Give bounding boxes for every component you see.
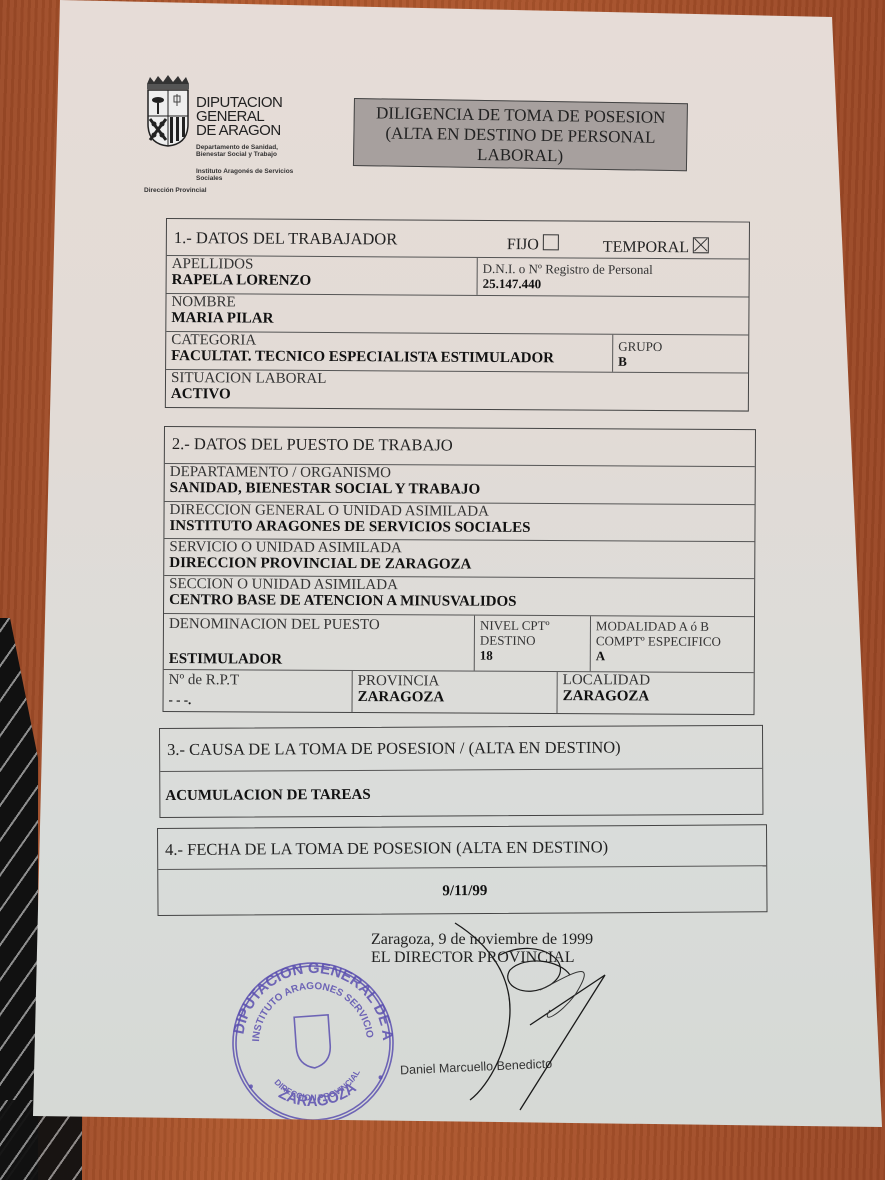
section-causa: 3.- CAUSA DE LA TOMA DE POSESION / (ALTA… [159, 725, 763, 818]
row-denominacion: DENOMINACION DEL PUESTO ESTIMULADOR NIVE… [164, 613, 754, 672]
coat-of-arms-icon [144, 74, 192, 148]
org-name: DIPUTACION GENERAL DE ARAGON [196, 96, 282, 138]
dni-label: D.N.I. o Nº Registro de Personal [478, 261, 749, 278]
localidad-cell: LOCALIDAD ZARAGOZA [557, 672, 754, 714]
institute-line: Instituto Aragonés de Servicios [196, 168, 293, 175]
temporal-checkbox[interactable] [693, 237, 709, 253]
denominacion-value: ESTIMULADOR [164, 651, 282, 668]
row-departamento: DEPARTAMENTO / ORGANISMO SANIDAD, BIENES… [165, 463, 755, 504]
nombre-value: MARIA PILAR [166, 310, 748, 330]
dni-value: 25.147.440 [478, 276, 749, 293]
localidad-value: ZARAGOZA [558, 688, 754, 705]
grupo-cell: GRUPO B [612, 335, 748, 373]
dni-cell: D.N.I. o Nº Registro de Personal 25.147.… [477, 258, 749, 297]
row-nombre: NOMBRE MARIA PILAR [166, 293, 748, 335]
document-page: DIPUTACION GENERAL DE ARAGON Departament… [0, 0, 885, 1180]
nivel-label-2: DESTINO [475, 633, 590, 649]
row-servicio: SERVICIO O UNIDAD ASIMILADA DIRECCION PR… [164, 538, 754, 578]
fijo-checkbox[interactable] [543, 234, 559, 250]
section-fecha: 4.- FECHA DE LA TOMA DE POSESION (ALTA E… [157, 824, 768, 916]
section-title: 3.- CAUSA DE LA TOMA DE POSESION / (ALTA… [160, 739, 621, 759]
rpt-cell: Nº de R.P.T - - -. [164, 670, 352, 712]
institute-name: Instituto Aragonés de Servicios Sociales [196, 168, 293, 182]
direccion-general-value: INSTITUTO ARAGONES DE SERVICIOS SOCIALES [164, 518, 754, 537]
fecha-value: 9/11/99 [437, 883, 487, 899]
row-apellidos: APELLIDOS RAPELA LORENZO D.N.I. o Nº Reg… [167, 255, 749, 297]
section-title: 4.- FECHA DE LA TOMA DE POSESION (ALTA E… [158, 838, 608, 859]
modalidad-label-2: COMPTº ESPECIFICO [591, 633, 754, 649]
denominacion-cell: DENOMINACION DEL PUESTO ESTIMULADOR [164, 614, 474, 671]
modalidad-label: MODALIDAD A ó B [591, 618, 754, 634]
section-datos-trabajador: 1.- DATOS DEL TRABAJADOR FIJO TEMPORAL A… [165, 218, 750, 412]
direccion-provincial: Dirección Provincial [144, 187, 207, 194]
situacion-value: ACTIVO [166, 386, 748, 406]
modalidad-cell: MODALIDAD A ó B COMPTº ESPECIFICO A [590, 616, 754, 672]
nivel-label: NIVEL CPTº [475, 618, 590, 634]
localidad-label: LOCALIDAD [558, 672, 754, 689]
provincia-cell: PROVINCIA ZARAGOZA [352, 671, 557, 713]
handwritten-signature [430, 915, 630, 1115]
section-title: 2.- DATOS DEL PUESTO DE TRABAJO [165, 435, 453, 455]
rpt-label: Nº de R.P.T [164, 672, 352, 689]
row-rpt: Nº de R.P.T - - -. PROVINCIA ZARAGOZA LO… [164, 669, 754, 714]
org-name-line: DE ARAGON [196, 124, 282, 138]
row-direccion-general: DIRECCION GENERAL O UNIDAD ASIMILADA INS… [164, 501, 754, 541]
grupo-value: B [613, 354, 748, 370]
row-categoria: CATEGORIA FACULTAT. TECNICO ESPECIALISTA… [166, 331, 748, 373]
departamento-value: SANIDAD, BIENESTAR SOCIAL Y TRABAJO [165, 480, 755, 499]
modalidad-value: A [591, 648, 754, 664]
fijo-option: FIJO [507, 234, 559, 254]
causa-value: ACUMULACION DE TAREAS [160, 785, 762, 804]
official-stamp: DIPUTACION GENERAL DE ARAGON INSTITUTO A… [222, 952, 403, 1133]
department-line: Bienestar Social y Trabajo [196, 151, 278, 158]
section-title: 1.- DATOS DEL TRABAJADOR [167, 229, 397, 248]
section-datos-puesto: 2.- DATOS DEL PUESTO DE TRABAJO DEPARTAM… [163, 426, 756, 715]
denominacion-label: DENOMINACION DEL PUESTO [164, 614, 474, 634]
org-logo: DIPUTACION GENERAL DE ARAGON Departament… [140, 70, 340, 200]
nivel-cell: NIVEL CPTº DESTINO 18 [474, 616, 590, 672]
categoria-value: FACULTAT. TECNICO ESPECIALISTA ESTIMULAD… [166, 348, 612, 367]
row-situacion: SITUACION LABORAL ACTIVO [166, 369, 748, 411]
apellidos-cell: APELLIDOS RAPELA LORENZO [167, 256, 477, 295]
provincia-label: PROVINCIA [353, 673, 557, 690]
grupo-label: GRUPO [613, 339, 748, 355]
provincia-value: ZARAGOZA [353, 689, 557, 706]
nivel-value: 18 [475, 648, 590, 664]
apellidos-label: APELLIDOS [167, 256, 477, 274]
servicio-value: DIRECCION PROVINCIAL DE ZARAGOZA [164, 555, 754, 574]
department-line: Departamento de Sanidad, [196, 144, 278, 151]
fijo-label: FIJO [507, 236, 539, 253]
institute-line: Sociales [196, 175, 293, 182]
row-fecha: 9/11/99 [158, 865, 766, 915]
temporal-option: TEMPORAL [603, 237, 709, 258]
row-causa: ACUMULACION DE TAREAS [160, 768, 762, 817]
seccion-value: CENTRO BASE DE ATENCION A MINUSVALIDOS [164, 592, 754, 611]
document-title: DILIGENCIA DE TOMA DE POSESION (ALTA EN … [353, 98, 688, 171]
department-name: Departamento de Sanidad, Bienestar Socia… [196, 144, 278, 158]
apellidos-value: RAPELA LORENZO [167, 272, 477, 290]
rpt-value: - - -. [164, 688, 352, 708]
temporal-label: TEMPORAL [603, 239, 689, 257]
row-seccion: SECCION O UNIDAD ASIMILADA CENTRO BASE D… [164, 575, 754, 616]
categoria-cell: CATEGORIA FACULTAT. TECNICO ESPECIALISTA… [166, 332, 612, 372]
